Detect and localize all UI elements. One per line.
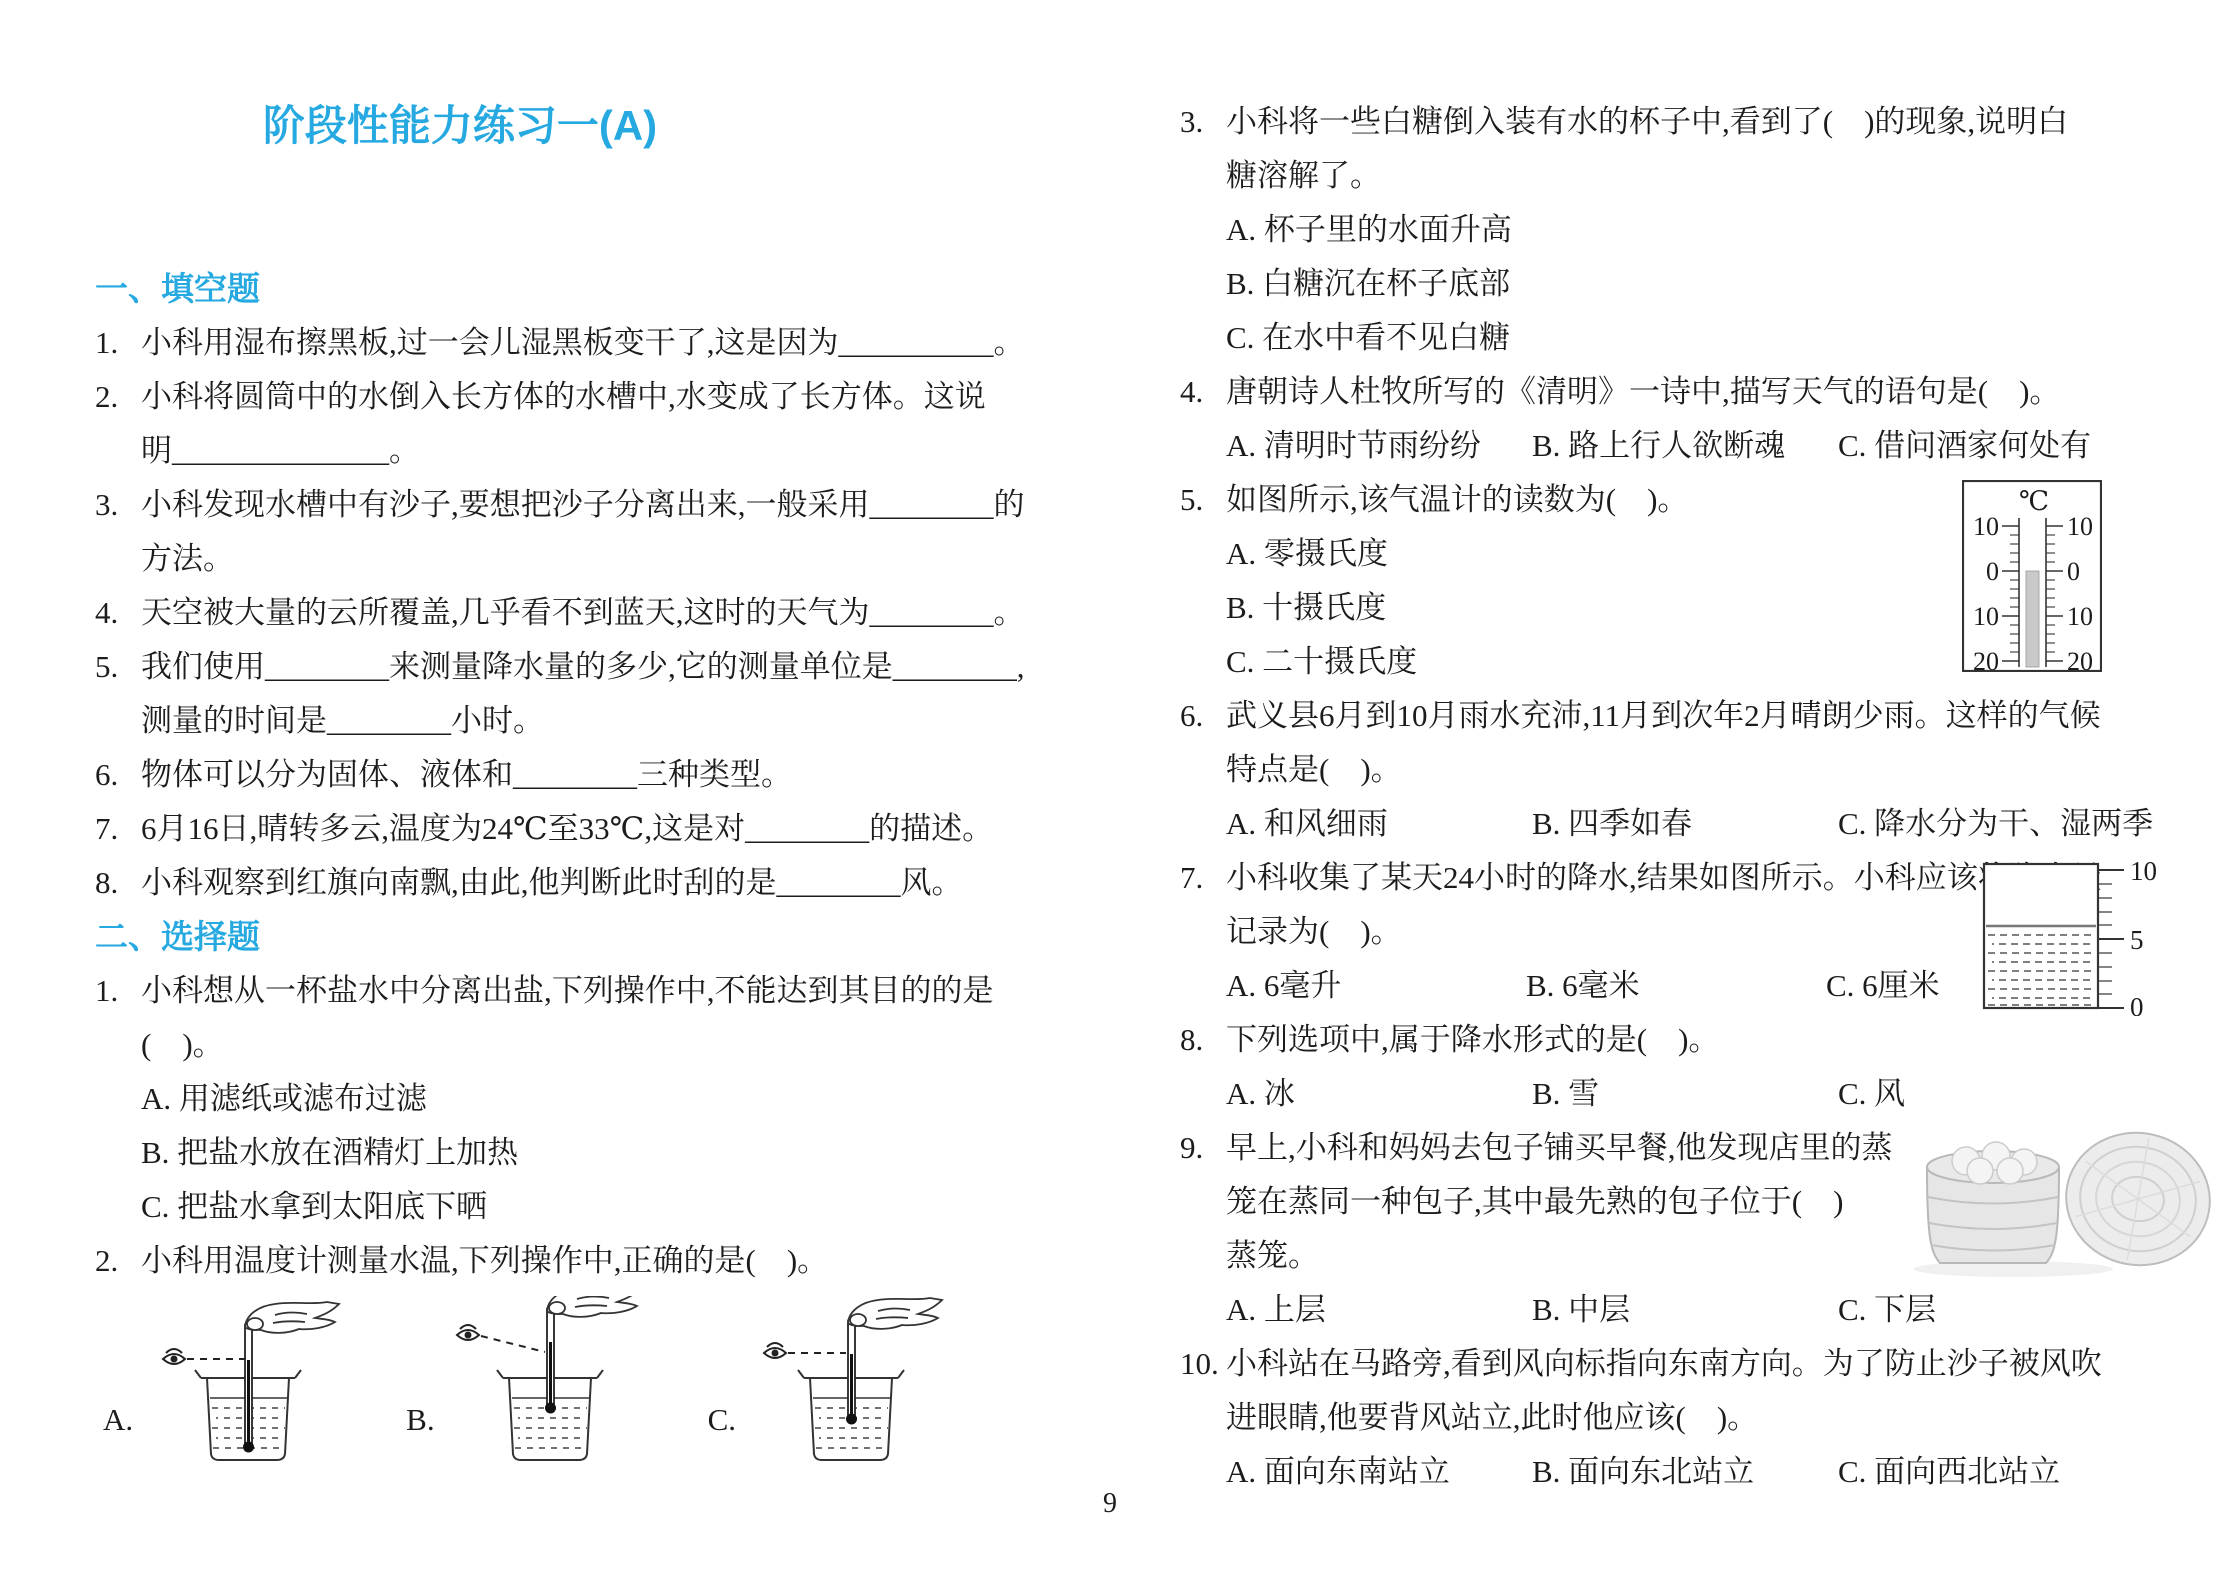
question-number: 2. bbox=[95, 1234, 141, 1288]
steamer-basket-stack bbox=[1927, 1142, 2059, 1263]
fill-question-2: 2. 小科将圆筒中的水倒入长方体的水槽中,水变成了长方体。这说 明_______… bbox=[95, 370, 1045, 478]
air-thermometer-diagram: ℃ bbox=[1962, 480, 2102, 672]
option-b: B. 6毫米 bbox=[1526, 959, 1826, 1013]
question-text: 小科发现水槽中有沙子,要想把沙子分离出来,一般采用________的 bbox=[141, 478, 1045, 532]
question-text: 天空被大量的云所覆盖,几乎看不到蓝天,这时的天气为________。 bbox=[141, 586, 1045, 640]
scale-label: 10 bbox=[1973, 512, 1999, 541]
fill-question-8: 8. 小科观察到红旗向南飘,由此,他判断此时刮的是________风。 bbox=[95, 856, 1045, 910]
mercury-column bbox=[2026, 571, 2039, 667]
gauge-scale-labels: 10 5 0 bbox=[2130, 860, 2157, 1016]
option-a: A. 6毫升 bbox=[1226, 959, 1526, 1013]
water-hatch bbox=[514, 1408, 587, 1448]
options-row: A. 清明时节雨纷纷B. 路上行人欲断魂C. 借问酒家何处有 bbox=[1226, 419, 2220, 473]
question-text: 测量的时间是________小时。 bbox=[141, 694, 1045, 748]
fill-question-3: 3. 小科发现水槽中有沙子,要想把沙子分离出来,一般采用________的 方法… bbox=[95, 478, 1045, 586]
choice-question-8: 8. 下列选项中,属于降水形式的是( )。 A. 冰B. 雪C. 风 bbox=[1180, 1013, 2220, 1121]
question-number: 5. bbox=[95, 640, 141, 694]
beaker-figure-b: B. bbox=[406, 1296, 661, 1468]
beaker-thermometer-diagram-c bbox=[738, 1296, 963, 1468]
question-text: 小科用温度计测量水温,下列操作中,正确的是( )。 bbox=[141, 1234, 1045, 1288]
question-number: 8. bbox=[95, 856, 141, 910]
option-a: A. 杯子里的水面升高 bbox=[1226, 203, 2220, 257]
question-number: 1. bbox=[95, 316, 141, 370]
right-column: 3. 小科将一些白糖倒入装有水的杯子中,看到了( )的现象,说明白 糖溶解了。 … bbox=[1180, 95, 2220, 1499]
question-number: 7. bbox=[95, 802, 141, 856]
question-number: 5. bbox=[1180, 473, 1226, 527]
option-a: A. 冰 bbox=[1226, 1067, 1532, 1121]
option-b: B. 路上行人欲断魂 bbox=[1532, 419, 1838, 473]
beaker-thermometer-diagram-b bbox=[437, 1296, 662, 1468]
fill-question-1: 1. 小科用湿布擦黑板,过一会儿湿黑板变干了,这是因为__________。 bbox=[95, 316, 1045, 370]
question-text: 糖溶解了。 bbox=[1226, 149, 2220, 203]
fill-question-5: 5. 我们使用________来测量降水量的多少,它的测量单位是________… bbox=[95, 640, 1045, 748]
hand-icon bbox=[848, 1298, 942, 1329]
major-ticks bbox=[2098, 870, 2124, 1008]
question-number: 3. bbox=[95, 478, 141, 532]
steamer-photo-figure bbox=[1898, 1121, 2218, 1286]
choice-question-6: 6. 武义县6月到10月雨水充沛,11月到次年2月晴朗少雨。这样的气候 特点是(… bbox=[1180, 689, 2220, 851]
choice-question-1: 1. 小科想从一杯盐水中分离出盐,下列操作中,不能达到其目的的是 ( )。 A.… bbox=[95, 964, 1045, 1234]
question-number: 3. bbox=[1180, 95, 1226, 149]
left-column: 阶段性能力练习一(A) 一、填空题 1. 小科用湿布擦黑板,过一会儿湿黑板变干了… bbox=[95, 100, 1045, 1468]
scale-label: 10 bbox=[2067, 512, 2093, 541]
fill-question-4: 4. 天空被大量的云所覆盖,几乎看不到蓝天,这时的天气为________。 bbox=[95, 586, 1045, 640]
beaker-thermometer-diagram-a bbox=[135, 1296, 360, 1468]
figure-label-a: A. bbox=[103, 1400, 133, 1440]
question-text: 小科想从一杯盐水中分离出盐,下列操作中,不能达到其目的的是 bbox=[141, 964, 1045, 1018]
question-text: 小科站在马路旁,看到风向标指向东南方向。为了防止沙子被风吹 bbox=[1226, 1337, 2220, 1391]
rain-gauge-diagram: 10 5 0 bbox=[1980, 860, 2180, 1016]
section-heading-fill: 一、填空题 bbox=[95, 262, 1045, 316]
question-number: 9. bbox=[1180, 1121, 1226, 1175]
option-c: C. 借问酒家何处有 bbox=[1838, 419, 2144, 473]
question-number: 4. bbox=[1180, 365, 1226, 419]
option-b: B. 把盐水放在酒精灯上加热 bbox=[141, 1126, 1045, 1180]
scale-label: 20 bbox=[1973, 647, 1999, 672]
page-number: 9 bbox=[0, 1488, 2220, 1520]
hand-icon bbox=[547, 1296, 641, 1317]
rain-gauge-figure: 10 5 0 bbox=[1980, 860, 2180, 1021]
options-row: A. 上层B. 中层C. 下层 bbox=[1226, 1283, 2220, 1337]
option-c: C. 风 bbox=[1838, 1067, 2144, 1121]
question-text: 明______________。 bbox=[141, 424, 1045, 478]
question-text: 6月16日,晴转多云,温度为24℃至33℃,这是对________的描述。 bbox=[141, 802, 1045, 856]
question-text: 物体可以分为固体、液体和________三种类型。 bbox=[141, 748, 1045, 802]
eye-icon bbox=[163, 1349, 185, 1364]
figure-label-c: C. bbox=[708, 1400, 736, 1440]
beaker-figure-c: C. bbox=[708, 1296, 963, 1468]
air-thermometer-figure: ℃ bbox=[1962, 480, 2102, 677]
option-b: B. 四季如春 bbox=[1532, 797, 1838, 851]
scale-label: 0 bbox=[1986, 557, 1999, 586]
steamer-lid bbox=[2056, 1122, 2218, 1277]
question-text: 下列选项中,属于降水形式的是( )。 bbox=[1226, 1013, 2220, 1067]
eye-icon bbox=[764, 1343, 786, 1358]
question-text: 小科将一些白糖倒入装有水的杯子中,看到了( )的现象,说明白 bbox=[1226, 95, 2220, 149]
question-text: 我们使用________来测量降水量的多少,它的测量单位是________, bbox=[141, 640, 1045, 694]
question-text: 小科观察到红旗向南飘,由此,他判断此时刮的是________风。 bbox=[141, 856, 1045, 910]
scale-label: 10 bbox=[2130, 860, 2157, 886]
scale-label: 10 bbox=[2067, 602, 2093, 631]
question-number: 8. bbox=[1180, 1013, 1226, 1067]
fill-question-6: 6. 物体可以分为固体、液体和________三种类型。 bbox=[95, 748, 1045, 802]
option-c: C. 下层 bbox=[1838, 1283, 2144, 1337]
question-number: 4. bbox=[95, 586, 141, 640]
question-number: 10. bbox=[1180, 1337, 1226, 1391]
choice-question-2: 2. 小科用温度计测量水温,下列操作中,正确的是( )。 bbox=[95, 1234, 1045, 1288]
eye-icon bbox=[457, 1325, 479, 1340]
figure-label-b: B. bbox=[406, 1400, 434, 1440]
scale-label: 0 bbox=[2130, 992, 2144, 1016]
option-c: C. 在水中看不见白糖 bbox=[1226, 311, 2220, 365]
option-a: A. 用滤纸或滤布过滤 bbox=[141, 1072, 1045, 1126]
page-title: 阶段性能力练习一(A) bbox=[95, 100, 825, 152]
hand-icon bbox=[245, 1302, 339, 1333]
option-c: C. 把盐水拿到太阳底下晒 bbox=[141, 1180, 1045, 1234]
option-a: A. 和风细雨 bbox=[1226, 797, 1532, 851]
question-number: 7. bbox=[1180, 851, 1226, 905]
option-b: B. 雪 bbox=[1532, 1067, 1838, 1121]
scale-label: 5 bbox=[2130, 925, 2144, 955]
options-row: A. 和风细雨B. 四季如春C. 降水分为干、湿两季 bbox=[1226, 797, 2220, 851]
question-text: 特点是( )。 bbox=[1226, 743, 2220, 797]
scale-label: 0 bbox=[2067, 557, 2080, 586]
question-text: 唐朝诗人杜牧所写的《清明》一诗中,描写天气的语句是( )。 bbox=[1226, 365, 2220, 419]
beaker-figure-a: A. bbox=[103, 1296, 360, 1468]
unit-label: ℃ bbox=[2019, 486, 2049, 516]
workbook-page: 阶段性能力练习一(A) 一、填空题 1. 小科用湿布擦黑板,过一会儿湿黑板变干了… bbox=[0, 0, 2220, 1571]
fill-question-7: 7. 6月16日,晴转多云,温度为24℃至33℃,这是对________的描述。 bbox=[95, 802, 1045, 856]
question-number: 6. bbox=[1180, 689, 1226, 743]
steamer-photo bbox=[1898, 1121, 2218, 1281]
choice-question-3: 3. 小科将一些白糖倒入装有水的杯子中,看到了( )的现象,说明白 糖溶解了。 … bbox=[1180, 95, 2220, 365]
question-text: 小科将圆筒中的水倒入长方体的水槽中,水变成了长方体。这说 bbox=[141, 370, 1045, 424]
scale-label: 10 bbox=[1973, 602, 1999, 631]
question-text: 小科用湿布擦黑板,过一会儿湿黑板变干了,这是因为__________。 bbox=[141, 316, 1045, 370]
section-heading-choice: 二、选择题 bbox=[95, 910, 1045, 964]
options-row: A. 冰B. 雪C. 风 bbox=[1226, 1067, 2220, 1121]
option-b: B. 白糖沉在杯子底部 bbox=[1226, 257, 2220, 311]
scale-label: 20 bbox=[2067, 647, 2093, 672]
option-a: A. 清明时节雨纷纷 bbox=[1226, 419, 1532, 473]
question-text: 武义县6月到10月雨水充沛,11月到次年2月晴朗少雨。这样的气候 bbox=[1226, 689, 2220, 743]
question-text: 进眼睛,他要背风站立,此时他应该( )。 bbox=[1226, 1391, 2220, 1445]
answer-blank: ( )。 bbox=[141, 1018, 1045, 1072]
question-number: 1. bbox=[95, 964, 141, 1018]
option-b: B. 中层 bbox=[1532, 1283, 1838, 1337]
option-c: C. 降水分为干、湿两季 bbox=[1838, 797, 2144, 851]
beaker-figure-row: A. bbox=[95, 1296, 1045, 1468]
question-number: 2. bbox=[95, 370, 141, 424]
question-text: 方法。 bbox=[141, 532, 1045, 586]
choice-question-4: 4. 唐朝诗人杜牧所写的《清明》一诗中,描写天气的语句是( )。 A. 清明时节… bbox=[1180, 365, 2220, 473]
question-number: 6. bbox=[95, 748, 141, 802]
option-a: A. 上层 bbox=[1226, 1283, 1532, 1337]
choice-question-10: 10. 小科站在马路旁,看到风向标指向东南方向。为了防止沙子被风吹 进眼睛,他要… bbox=[1180, 1337, 2220, 1499]
